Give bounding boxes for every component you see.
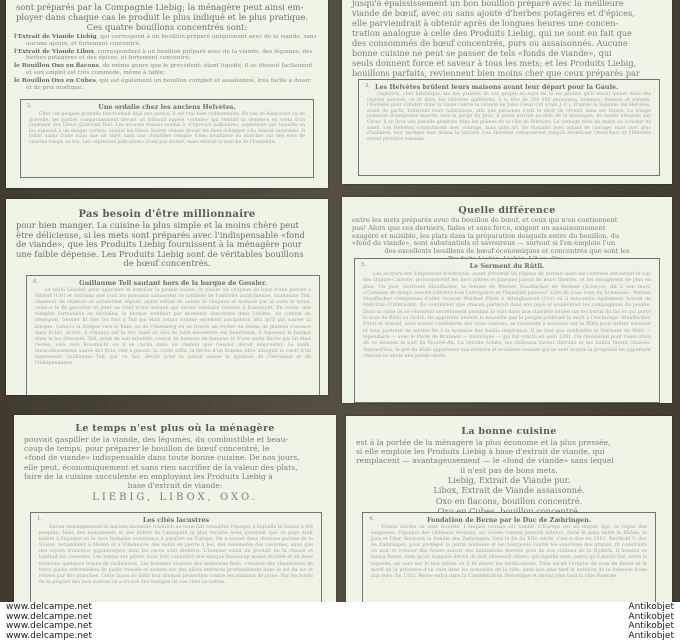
- trade-card-3: Pas besoin d'être millionnaire pour bien…: [6, 199, 328, 395]
- trade-card-4: Quelle différence entre les mets préparé…: [342, 197, 672, 403]
- brand-line: LIEBIG, LIBOX, OXO.: [14, 492, 336, 503]
- card-intro-line: Ces quatre bouillons concentrés sont:: [16, 22, 318, 32]
- story-body: Le bailli Gessler, pour opprimer et humi…: [35, 288, 311, 367]
- card-intro-line: de bœuf concentrés.: [16, 259, 318, 269]
- product-item: l'Extrait de Viande Libox, correspondant…: [26, 49, 318, 63]
- product-item: le Bouillon Oxo en flacons, du même genr…: [26, 63, 318, 77]
- card-intro-line: viande de bœuf, avec ou sans ajoute d'he…: [352, 8, 662, 18]
- card-intro-line: si elle emploie les Produits Liebig à ba…: [356, 447, 662, 456]
- photo-background: sont préparés par la Compagnie Liebig; l…: [0, 0, 680, 602]
- product-line: Oxo en flacons, bouillon concentré.: [346, 496, 672, 507]
- card-intro-line: bonne cuisine ne peut se passer de tels …: [352, 48, 662, 58]
- card-intro-line: coup de temps, pour préparer le bouillon…: [24, 444, 326, 453]
- product-line: Liebig, Extrait de Viande pur.: [346, 475, 672, 486]
- trade-card-2: jusqu'à épaississement un bon bouillon p…: [342, 0, 672, 184]
- card-intro-line: des consommés de bœuf concentrés, purs o…: [352, 38, 662, 48]
- card-intro-line: seuls donnent force et saveur à tous les…: [352, 58, 662, 68]
- story-box: 6. Guillaume Tell sautant hors de la bar…: [26, 275, 320, 395]
- story-box: 3. Les Helvètes brûlent leurs maisons av…: [358, 79, 660, 176]
- trade-card-5: Le temps n'est plus où la ménagère pouva…: [14, 415, 336, 602]
- story-body: Aucun renseignement ni aucune ancienne t…: [39, 525, 313, 586]
- story-body: Les avoyers des Empereurs d'Autriche, ay…: [363, 271, 651, 359]
- story-number: 5.: [361, 262, 366, 268]
- story-title: Le Serment du Rütli.: [363, 262, 651, 270]
- story-body: Trente siècles se sont écoulés. L'empire…: [371, 525, 647, 580]
- watermark-antikobjet: Antikobjet Antikobjet Antikobjet Antikob…: [628, 603, 674, 641]
- watermark-delcampe: www.delcampe.net www.delcampe.net www.de…: [6, 603, 92, 641]
- trade-card-6: La bonne cuisine est à la portée de la m…: [346, 416, 672, 602]
- card-intro-line: «fond de viande» indispensable dans tout…: [24, 453, 326, 462]
- story-number: 3.: [365, 83, 370, 89]
- product-item: le Bouillon Oxo en Cubes, qui est égalem…: [26, 78, 318, 92]
- card-intro-line: elle peut, économiquement et sans rien s…: [24, 463, 326, 472]
- story-title: Une ordalie chez les anciens Helvètes.: [29, 103, 305, 111]
- story-box: 2. Une ordalie chez les anciens Helvètes…: [20, 99, 314, 178]
- card-title: Pas besoin d'être millionnaire: [6, 209, 328, 220]
- story-body: Chez ces peuples primitifs fonctionnait …: [29, 112, 305, 146]
- story-number: 1.: [37, 516, 42, 522]
- card-title: La bonne cuisine: [346, 426, 672, 437]
- story-title: Les cités lacustres: [39, 516, 313, 524]
- card-intro-line: tration analogue à celle des Produits Li…: [352, 28, 662, 38]
- story-title: Guillaume Tell sautant hors de la barque…: [35, 279, 311, 287]
- card-intro-line: ployer dans chaque cas le produit le plu…: [16, 12, 318, 22]
- card-intro-line: pouvait gaspiller de la viande, des légu…: [24, 435, 326, 444]
- card-intro-line: elle parviendrait à obtenir après de lon…: [352, 18, 662, 28]
- story-number: 2.: [27, 103, 32, 109]
- card-intro-line: faire de la cuisine succulente en employ…: [24, 472, 326, 481]
- story-box: 4. Fondation de Berne par le Duc de Zæhr…: [362, 512, 656, 602]
- product-line: Libox, Extrait de Viande assaisonné.: [346, 485, 672, 496]
- story-number: 6.: [33, 279, 38, 285]
- card-intro-line: sont préparés par la Compagnie Liebig; l…: [16, 2, 318, 12]
- card-intro-line: bouillons parfaits, reviennent bien moin…: [352, 68, 662, 78]
- card-intro-line: jusqu'à épaississement un bon bouillon p…: [352, 0, 662, 8]
- card-title: Le temps n'est plus où la ménagère: [14, 423, 336, 434]
- card-intro-line: est à la portée de la ménagère la plus é…: [356, 438, 662, 447]
- story-box: 1. Les cités lacustres Aucun renseigneme…: [30, 512, 322, 602]
- product-item: l'Extrait de Viande Liebig, qui correspo…: [26, 34, 318, 48]
- card-intro-line: remplacent — avantageusement — le «fond …: [356, 456, 662, 465]
- card-title: Quelle différence: [342, 205, 672, 216]
- story-title: Les Helvètes brûlent leurs maisons avant…: [367, 83, 651, 91]
- story-title: Fondation de Berne par le Duc de Zæhring…: [371, 516, 647, 524]
- story-body: Orgétorix, chef helvétique, las des plai…: [367, 92, 651, 142]
- story-number: 4.: [369, 516, 374, 522]
- card-intro-line: base d'extrait de viande:: [24, 481, 326, 490]
- trade-card-1: sont préparés par la Compagnie Liebig; l…: [6, 0, 328, 188]
- story-box: 5. Le Serment du Rütli. Les avoyers des …: [354, 258, 660, 403]
- card-intro-line: il n'est pas de bons mets.: [356, 466, 662, 475]
